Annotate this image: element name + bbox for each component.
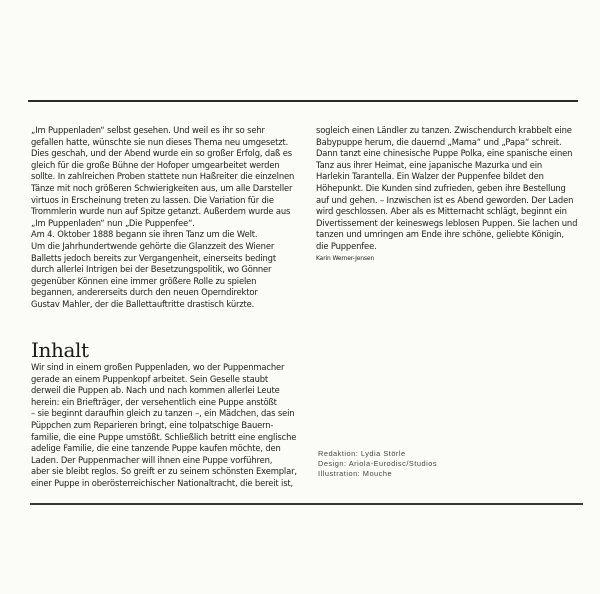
text-line: adelige Familie, die eine tanzende Puppe… xyxy=(31,443,306,455)
text-line: sollte. In zahlreichen Proben stattete n… xyxy=(31,171,301,183)
text-line: Trommlerin wurde nun auf Spitze getanzt.… xyxy=(31,206,301,218)
inhalt-heading: Inhalt xyxy=(31,338,89,362)
text-line: einer Puppe in oberösterreichischer Nati… xyxy=(31,478,306,490)
text-line: gleich für die große Bühne der Hofoper u… xyxy=(31,160,301,172)
text-line: gegenüber Können eine immer größere Roll… xyxy=(31,276,301,288)
text-line: Balletts jedoch bereits zur Vergangenhei… xyxy=(31,253,301,265)
inhalt-text-column: Wir sind in einem großen Puppenladen, wo… xyxy=(31,362,306,490)
author-signature: Karin Werner-Jensen xyxy=(316,254,586,263)
credit-illustration: Illustration: Mouche xyxy=(318,469,437,479)
text-line: Püppchen zum Reparieren bringt, eine tol… xyxy=(31,420,306,432)
text-line: „Im Puppenladen“ selbst gesehen. Und wei… xyxy=(31,125,301,137)
text-line: sogleich einen Ländler zu tanzen. Zwisch… xyxy=(316,125,586,137)
text-line: begannen, andererseits durch den neuen O… xyxy=(31,287,301,299)
text-line: familie, die eine Puppe umstößt. Schließ… xyxy=(31,432,306,444)
text-line: durch allerlei Intrigen bei der Besetzun… xyxy=(31,264,301,276)
text-line: „Im Puppenladen“ nun „Die Puppenfee“. xyxy=(31,218,301,230)
text-line: Dann tanzt eine chinesische Puppe Polka,… xyxy=(316,148,586,160)
text-line: derweil die Puppen ab. Nach und nach kom… xyxy=(31,385,306,397)
text-line: Gustav Mahler, der die Ballettauftritte … xyxy=(31,299,301,311)
text-line: gerade an einem Puppenkopf arbeitet. Sei… xyxy=(31,374,306,386)
text-line: tanzen und umringen am Ende ihre schöne,… xyxy=(316,229,586,241)
text-line: wird geschlossen. Aber als es Mitternach… xyxy=(316,206,586,218)
text-line: aber sie bleibt reglos. So greift er zu … xyxy=(31,466,306,478)
bottom-divider-rule xyxy=(30,503,583,505)
text-line: gefallen hatte, wünschte sie nun dieses … xyxy=(31,137,301,149)
text-line: – sie beginnt daraufhin gleich zu tanzen… xyxy=(31,408,306,420)
text-line: Höhepunkt. Die Kunden sind zufrieden, ge… xyxy=(316,183,586,195)
text-line: Tänze mit noch größeren Schwierigkeiten … xyxy=(31,183,301,195)
text-line: herein: ein Briefträger, der versehentli… xyxy=(31,397,306,409)
text-line: Divertissement der keineswegs leblosen P… xyxy=(316,218,586,230)
credit-design: Design: Ariola-Eurodisc/Studios xyxy=(318,459,437,469)
history-text-column: „Im Puppenladen“ selbst gesehen. Und wei… xyxy=(31,125,301,311)
top-divider-rule xyxy=(28,100,578,102)
text-line: Babypuppe herum, die dauernd „Mama“ und … xyxy=(316,137,586,149)
text-line: Harlekin Tarantella. Ein Walzer der Pupp… xyxy=(316,171,586,183)
synopsis-continuation-column: sogleich einen Ländler zu tanzen. Zwisch… xyxy=(316,125,586,263)
credits-block: Redaktion: Lydia Störle Design: Ariola-E… xyxy=(318,449,437,479)
text-line: auf und gehen. – Inzwischen ist es Abend… xyxy=(316,195,586,207)
text-line: virtuos in Erscheinung treten zu lassen.… xyxy=(31,195,301,207)
text-line: die Puppenfee. xyxy=(316,241,586,253)
text-line: Laden. Der Puppenmacher will ihnen eine … xyxy=(31,455,306,467)
text-line: Wir sind in einem großen Puppenladen, wo… xyxy=(31,362,306,374)
text-line: Tanz aus ihrer Heimat, eine japanische M… xyxy=(316,160,586,172)
text-line: Um die Jahrhundertwende gehörte die Glan… xyxy=(31,241,301,253)
text-line: Am 4. Oktober 1888 begann sie ihren Tanz… xyxy=(31,229,301,241)
text-line: Dies geschah, und der Abend wurde ein so… xyxy=(31,148,301,160)
credit-redaktion: Redaktion: Lydia Störle xyxy=(318,449,437,459)
